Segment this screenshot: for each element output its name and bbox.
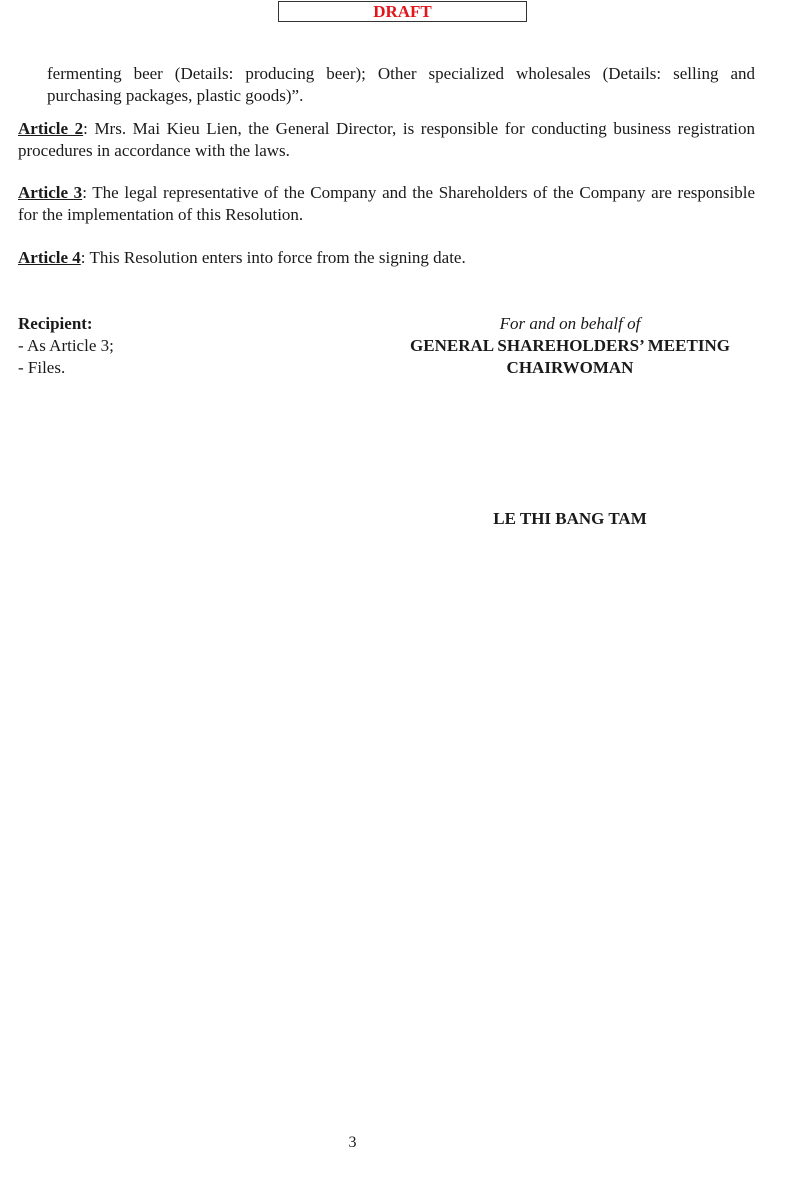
continuation-paragraph: fermenting beer (Details: producing beer…	[47, 63, 755, 107]
article-text: : The legal representative of the Compan…	[18, 183, 755, 224]
recipient-item: - As Article 3;	[18, 335, 114, 357]
article-4: Article 4: This Resolution enters into f…	[18, 247, 755, 269]
article-label: Article 4	[18, 248, 81, 267]
on-behalf-line: For and on behalf of	[380, 313, 760, 335]
recipient-block: Recipient: - As Article 3; - Files.	[18, 313, 114, 379]
signature-block: For and on behalf of GENERAL SHAREHOLDER…	[380, 313, 760, 379]
article-label: Article 3	[18, 183, 82, 202]
recipient-heading: Recipient:	[18, 313, 114, 335]
article-text: : Mrs. Mai Kieu Lien, the General Direct…	[18, 119, 755, 160]
page-number: 3	[0, 1134, 705, 1152]
signing-body: GENERAL SHAREHOLDERS’ MEETING	[380, 335, 760, 357]
article-2: Article 2: Mrs. Mai Kieu Lien, the Gener…	[18, 118, 755, 162]
signer-name: LE THI BANG TAM	[380, 508, 760, 530]
article-3: Article 3: The legal representative of t…	[18, 182, 755, 226]
article-text: : This Resolution enters into force from…	[81, 248, 466, 267]
draft-stamp: DRAFT	[278, 1, 527, 22]
recipient-item: - Files.	[18, 357, 114, 379]
article-label: Article 2	[18, 119, 83, 138]
signer-title: CHAIRWOMAN	[380, 357, 760, 379]
